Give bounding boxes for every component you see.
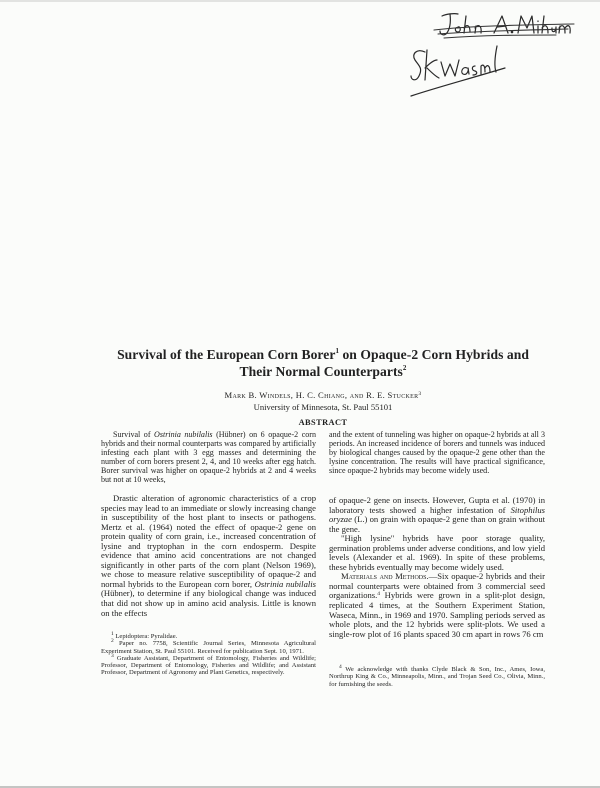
species-name: Ostrinia nubilalis	[255, 579, 316, 589]
abstract-heading: ABSTRACT	[60, 418, 586, 428]
methods-paragraph: Materials and Methods.—Six opaque-2 hybr…	[329, 572, 545, 639]
body-text: (Hübner), to determine if any biological…	[101, 588, 316, 617]
footnote-text: We acknowledge with thanks Clyde Black &…	[329, 666, 545, 688]
section-heading: Materials and Methods.	[341, 571, 429, 581]
footnote-text: Paper no. 7758, Scientific Journal Serie…	[101, 640, 316, 654]
footnote-marker: 2	[403, 364, 407, 372]
body-text: (L.) on grain with opaque-2 gene than on…	[329, 514, 545, 534]
species-name: Ostrinia nubilalis	[154, 430, 213, 439]
body-text: Drastic alteration of agronomic characte…	[101, 493, 316, 589]
affiliation: University of Minnesota, St. Paul 55101	[60, 402, 586, 413]
footnote-2: 2 Paper no. 7758, Scientific Journal Ser…	[101, 640, 316, 655]
footnote-text: Lepidoptera: Pyralidae.	[114, 633, 178, 640]
author-line: Mark B. Windels, H. C. Chiang, and R. E.…	[60, 390, 586, 401]
footnote-3: 3 Graduate Assistant, Department of Ento…	[101, 655, 316, 677]
author-names: Mark B. Windels, H. C. Chiang, and R. E.…	[225, 390, 419, 400]
title-text-2: on Opaque-2 Corn Hybrids and	[339, 347, 529, 362]
abstract-paragraph-left: Survival of Ostrinia nubilalis (Hübner) …	[101, 431, 316, 484]
handwritten-initials	[405, 38, 515, 100]
abstract-right-column: and the extent of tunneling was higher o…	[329, 431, 545, 476]
footnotes-right: 4 We acknowledge with thanks Clyde Black…	[329, 666, 545, 688]
title-text-3: Their Normal Counterparts	[240, 364, 403, 379]
title-text-1: Survival of the European Corn Borer	[117, 347, 335, 362]
abstract-left-column: Survival of Ostrinia nubilalis (Hübner) …	[101, 431, 316, 484]
body-paragraph: of opaque-2 gene on insects. However, Gu…	[329, 496, 545, 534]
body-paragraph: Drastic alteration of agronomic characte…	[101, 494, 316, 618]
page-top-edge	[0, 0, 600, 2]
body-paragraph: "High lysine" hybrids have poor storage …	[329, 534, 545, 572]
abstract-paragraph-right: and the extent of tunneling was higher o…	[329, 431, 545, 476]
footnote-4: 4 We acknowledge with thanks Clyde Black…	[329, 666, 545, 688]
footnote-marker: 3	[418, 391, 421, 397]
abstract-text: Survival of	[113, 430, 154, 439]
article-title: Survival of the European Corn Borer1 on …	[60, 346, 586, 380]
body-left-column: Drastic alteration of agronomic characte…	[101, 494, 316, 618]
body-right-column: of opaque-2 gene on insects. However, Gu…	[329, 496, 545, 639]
footnotes-left: 1 Lepidoptera: Pyralidae. 2 Paper no. 77…	[101, 633, 316, 677]
abstract-text: (Hübner) on 6 opaque-2 corn hybrids and …	[101, 430, 316, 484]
footnote-text: Graduate Assistant, Department of Entomo…	[101, 655, 316, 677]
